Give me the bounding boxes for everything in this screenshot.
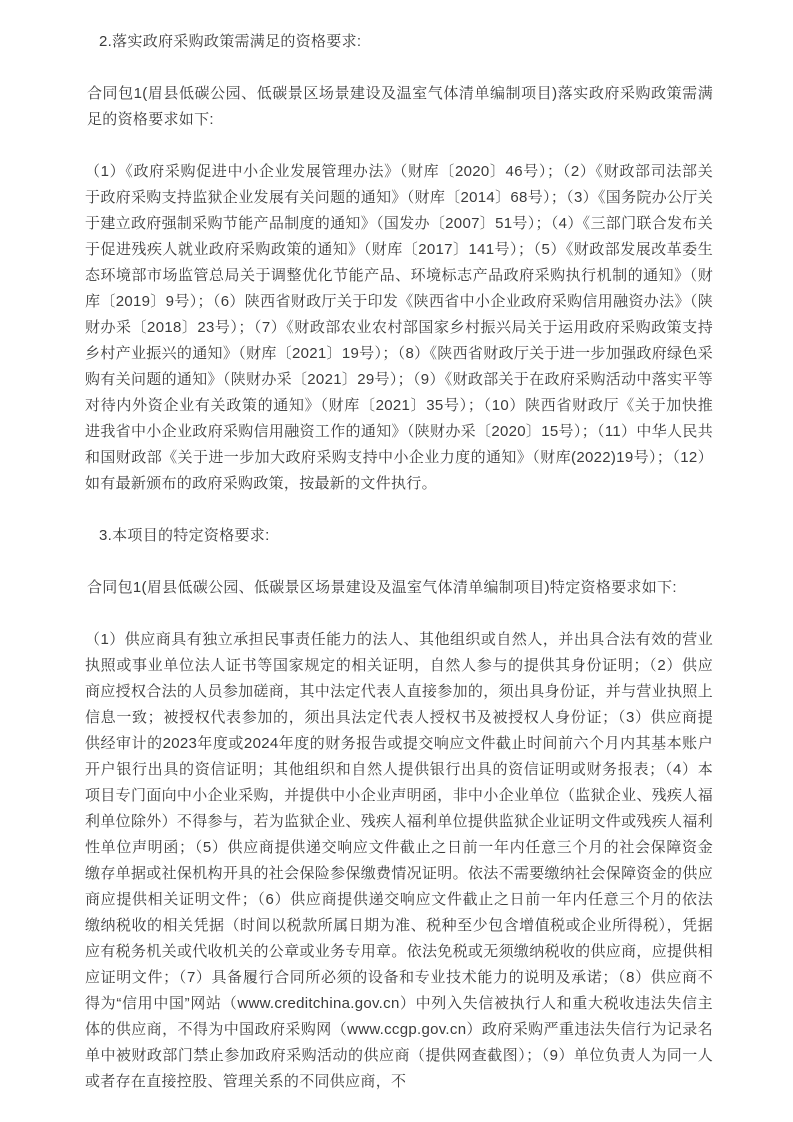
paragraph-contract-package-specific-intro: 合同包1(眉县低碳公园、低碳景区场景建设及温室气体清单编制项目)特定资格要求如下… <box>87 575 713 601</box>
section-heading-specific-qualifications: 3.本项目的特定资格要求: <box>99 523 713 549</box>
document-page: 2.落实政府采购政策需满足的资格要求: 合同包1(眉县低碳公园、低碳景区场景建设… <box>0 0 793 1122</box>
section-heading-policy-qualifications: 2.落实政府采购政策需满足的资格要求: <box>99 29 713 55</box>
paragraph-policy-documents-list: （1）《政府采购促进中小企业发展管理办法》（财库〔2020〕46号）；（2）《财… <box>85 159 713 497</box>
paragraph-contract-package-policy-intro: 合同包1(眉县低碳公园、低碳景区场景建设及温室气体清单编制项目)落实政府采购政策… <box>87 81 713 133</box>
paragraph-specific-requirements: （1）供应商具有独立承担民事责任能力的法人、其他组织或自然人，并出具合法有效的营… <box>85 627 713 1095</box>
